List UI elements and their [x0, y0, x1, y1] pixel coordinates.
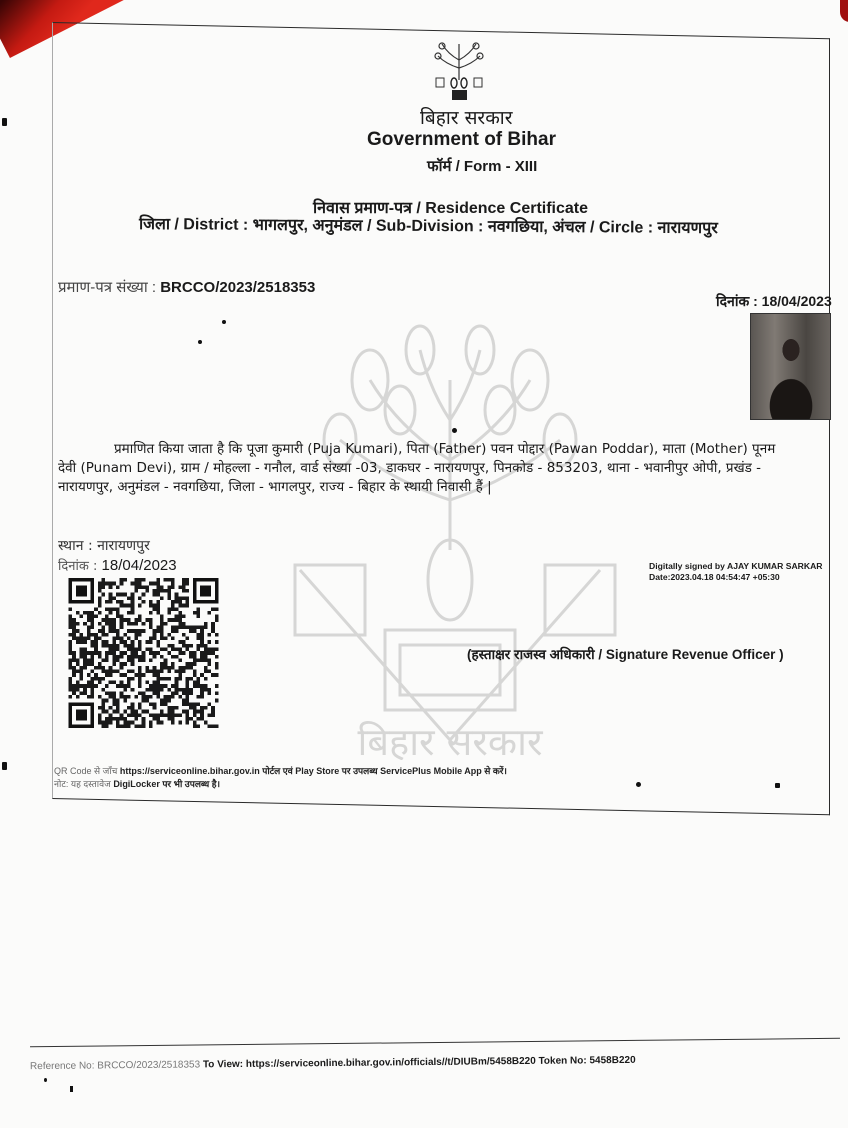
- signature-revenue-officer-label: (हस्ताक्षर राजस्व अधिकारी / Signature Re…: [467, 645, 784, 663]
- qr-note-prefix-2: नोट: यह दस्तावेज: [54, 779, 111, 789]
- reference-prefix: Reference No:: [30, 1060, 95, 1072]
- hindi-government-title: बिहार सरकार: [420, 104, 513, 130]
- scan-speck: [636, 782, 641, 787]
- reference-view-link[interactable]: To View: https://serviceonline.bihar.gov…: [203, 1055, 636, 1071]
- signing-date-label: दिनांक :: [58, 559, 97, 574]
- district-subdivision-circle: जिला / District : भागलपुर, अनुमंडल / Sub…: [139, 212, 718, 238]
- place-label: स्थान :: [58, 538, 93, 554]
- body-line-1: प्रमाणित किया जाता है कि पूजा कुमारी (Pu…: [58, 440, 830, 459]
- scan-speck: [2, 118, 7, 126]
- scan-background-red-right: [840, 0, 848, 22]
- bihar-emblem-watermark-icon: बिहार सरकार: [280, 320, 620, 760]
- scan-speck: [198, 340, 202, 344]
- qr-note-prefix-1: QR Code से जाँच: [54, 766, 117, 776]
- svg-text:बिहार सरकार: बिहार सरकार: [358, 720, 544, 760]
- footer-divider: [30, 1038, 840, 1047]
- certificate-number: प्रमाण-पत्र संख्या : BRCCO/2023/2518353: [58, 277, 315, 297]
- certificate-number-label: प्रमाण-पत्र संख्या :: [58, 279, 156, 296]
- body-line-2: देवी (Punam Devi), ग्राम / मोहल्ला - गनौ…: [58, 459, 830, 478]
- qr-verification-note: QR Code से जाँच https://serviceonline.bi…: [54, 765, 507, 791]
- qr-code-icon[interactable]: [62, 578, 225, 728]
- scan-speck: [2, 762, 7, 770]
- scan-speck: [222, 320, 226, 324]
- place: स्थान : नारायणपुर: [58, 536, 150, 555]
- issue-date-value: 18/04/2023: [762, 293, 832, 309]
- qr-note-line-2: DigiLocker पर भी उपलब्ध है।: [113, 779, 220, 789]
- form-number: फॉर्म / Form - XIII: [427, 156, 537, 176]
- digital-signature-date: Date:2023.04.18 04:54:47 +05:30: [649, 572, 823, 583]
- signing-date-value: 18/04/2023: [102, 557, 177, 574]
- issue-date: दिनांक : 18/04/2023: [716, 292, 832, 311]
- place-value: नारायणपुर: [97, 538, 150, 554]
- applicant-photo: [750, 313, 831, 420]
- qr-note-line-1: https://serviceonline.bihar.gov.in पोर्ट…: [120, 766, 507, 776]
- certificate-number-value: BRCCO/2023/2518353: [160, 279, 315, 296]
- digital-signature: Digitally signed by AJAY KUMAR SARKAR Da…: [649, 561, 823, 583]
- digital-signature-signer: Digitally signed by AJAY KUMAR SARKAR: [649, 561, 823, 572]
- scan-speck: [44, 1078, 47, 1082]
- reference-number: BRCCO/2023/2518353: [97, 1059, 200, 1071]
- certificate-body: प्रमाणित किया जाता है कि पूजा कुमारी (Pu…: [58, 440, 830, 497]
- bihar-bodhi-tree-emblem-icon: [430, 40, 488, 104]
- reference-line: Reference No: BRCCO/2023/2518353 To View…: [30, 1055, 636, 1072]
- scan-speck: [775, 783, 780, 788]
- signing-date: दिनांक : 18/04/2023: [58, 556, 177, 574]
- government-title: Government of Bihar: [367, 129, 556, 151]
- scan-speck: [452, 428, 457, 433]
- body-line-3: नारायणपुर, अनुमंडल - नवगछिया, जिला - भाग…: [58, 478, 830, 497]
- issue-date-label: दिनांक :: [716, 293, 758, 309]
- scan-speck: [70, 1086, 73, 1092]
